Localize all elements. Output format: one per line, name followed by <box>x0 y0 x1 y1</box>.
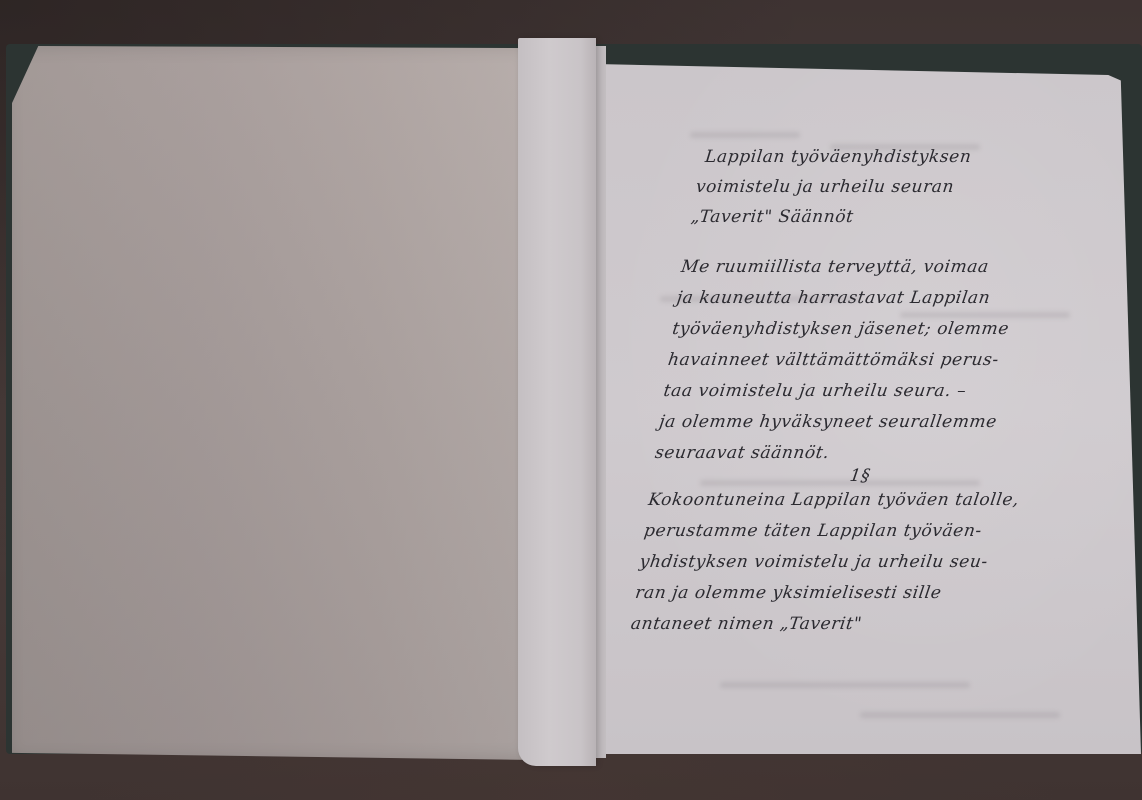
title-line: voimistelu ja urheilu seuran <box>694 172 1127 202</box>
turned-page-leaf <box>518 38 596 766</box>
title-line: Lappilan työväenyhdistyksen <box>704 142 1131 172</box>
left-page-blank <box>12 46 538 760</box>
document-title: Lappilan työväenyhdistyksen voimistelu j… <box>697 142 1130 232</box>
handwritten-text: Lappilan työväenyhdistyksen voimistelu j… <box>656 142 1126 640</box>
section-line: Kokoontuneina Lappilan työväen talolle, <box>646 485 1120 516</box>
preamble-line: työväenyhdistyksen jäsenet; olemme <box>670 314 1142 345</box>
preamble-line: ja kauneutta harrastavat Lappilan <box>675 283 1142 314</box>
preamble-line: taa voimistelu ja urheilu seura. – <box>661 376 1135 407</box>
section-line: yhdistyksen voimistelu ja urheilu seu- <box>637 547 1111 578</box>
preamble-line: ja olemme hyväksyneet seurallemme <box>657 407 1131 438</box>
preamble-line: havainneet välttämättömäksi perus- <box>666 345 1140 376</box>
preamble-paragraph: Me ruumiillista terveyttä, voimaa ja kau… <box>629 252 1142 640</box>
preamble-line: Me ruumiillista terveyttä, voimaa <box>679 252 1142 283</box>
section-line: antaneet nimen „Taverit" <box>629 609 1103 640</box>
ink-bleed-through <box>860 712 1060 718</box>
section-number: 1§ <box>848 465 1123 487</box>
ink-bleed-through <box>690 132 800 138</box>
title-line: „Taverit" Säännöt <box>689 202 1124 232</box>
ink-bleed-through <box>720 682 970 688</box>
section-line: perustamme täten Lappilan työväen- <box>642 516 1116 547</box>
section-line: ran ja olemme yksimielisesti sille <box>633 578 1107 609</box>
